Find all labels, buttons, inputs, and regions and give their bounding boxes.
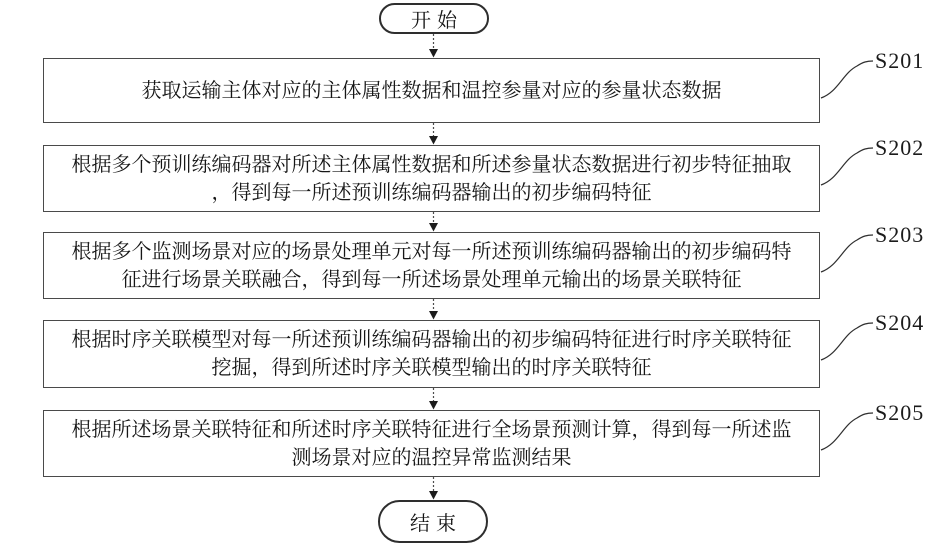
step-box-s202: 根据多个预训练编码器对所述主体属性数据和所述参量状态数据进行初步特征抽取 ，得到… bbox=[43, 145, 820, 212]
arrowhead-icon bbox=[429, 136, 438, 145]
start-terminal: 开始 bbox=[379, 3, 489, 34]
step-s202-text-line1: 根据多个预训练编码器对所述主体属性数据和所述参量状态数据进行初步特征抽取 bbox=[72, 151, 792, 179]
arrowhead-icon bbox=[429, 223, 438, 232]
leader-line-s204 bbox=[821, 323, 873, 360]
step-s202-text-line2: ，得到每一所述预训练编码器输出的初步编码特征 bbox=[212, 179, 652, 207]
end-terminal-label: 结束 bbox=[404, 507, 462, 536]
step-s203-text-line2: 征进行场景关联融合，得到每一所述场景处理单元输出的场景关联特征 bbox=[122, 266, 742, 294]
step-box-s203: 根据多个监测场景对应的场景处理单元对每一所述预训练编码器输出的初步编码特 征进行… bbox=[43, 232, 820, 299]
step-s204-text-line2: 挖掘，得到所述时序关联模型输出的时序关联特征 bbox=[212, 354, 652, 382]
step-s205-text-line1: 根据所述场景关联特征和所述时序关联特征进行全场景预测计算，得到每一所述监 bbox=[72, 416, 792, 444]
step-box-s201: 获取运输主体对应的主体属性数据和温控参量对应的参量状态数据 bbox=[43, 58, 820, 123]
step-s201-text: 获取运输主体对应的主体属性数据和温控参量对应的参量状态数据 bbox=[142, 77, 722, 105]
step-label-s205: S205 bbox=[875, 400, 924, 426]
leader-line-s203 bbox=[821, 235, 873, 272]
step-s203-text-line1: 根据多个监测场景对应的场景处理单元对每一所述预训练编码器输出的初步编码特 bbox=[72, 238, 792, 266]
arrowhead-icon bbox=[429, 49, 438, 58]
step-box-s204: 根据时序关联模型对每一所述预训练编码器输出的初步编码特征进行时序关联特征 挖掘，… bbox=[43, 320, 820, 388]
step-s204-text-line1: 根据时序关联模型对每一所述预训练编码器输出的初步编码特征进行时序关联特征 bbox=[72, 326, 792, 354]
leader-line-s202 bbox=[821, 148, 873, 185]
start-terminal-label: 开始 bbox=[405, 4, 463, 33]
arrowhead-icon bbox=[429, 401, 438, 410]
step-leader-lines bbox=[821, 61, 873, 450]
leader-line-s201 bbox=[821, 61, 873, 98]
step-box-s205: 根据所述场景关联特征和所述时序关联特征进行全场景预测计算，得到每一所述监 测场景… bbox=[43, 410, 820, 477]
arrowhead-icon bbox=[429, 491, 438, 500]
end-terminal: 结束 bbox=[378, 500, 488, 543]
arrowhead-icon bbox=[429, 311, 438, 320]
step-label-s204: S204 bbox=[875, 310, 924, 336]
step-s205-text-line2: 测场景对应的温控异常监测结果 bbox=[292, 444, 572, 472]
step-label-s202: S202 bbox=[875, 135, 924, 161]
flowchart-figure: 开始 获取运输主体对应的主体属性数据和温控参量对应的参量状态数据 S201 根据… bbox=[0, 0, 938, 546]
step-label-s203: S203 bbox=[875, 222, 924, 248]
step-label-s201: S201 bbox=[875, 48, 924, 74]
leader-line-s205 bbox=[821, 413, 873, 450]
